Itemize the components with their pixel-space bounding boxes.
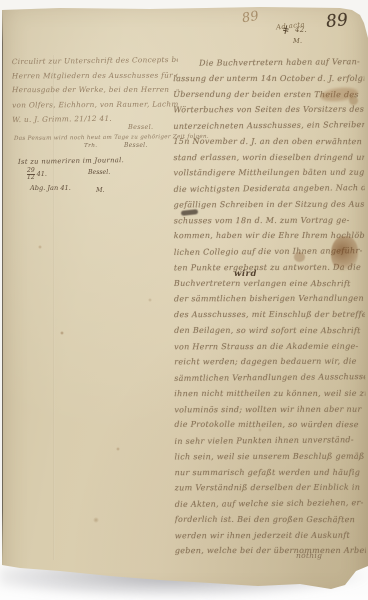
handwritten-line: gefälligen Schreiben in der Sitzung des …	[174, 196, 365, 212]
handwritten-line: Wörterbuches von Seiten des Vorsitzers d…	[173, 102, 364, 118]
handwritten-line: vollständigere Mittheilungen bäten und z…	[174, 165, 365, 181]
handwritten-line: stand erlassen, worin dieselben dringend…	[173, 149, 364, 165]
circulation-note: Circulirt zur Unterschrift des Concepts …	[12, 53, 179, 127]
handwritten-line: lassung der unterm 14n October d. J. erf…	[173, 71, 364, 87]
handwritten-line: werden wir ihnen jederzeit die Auskunft	[175, 527, 366, 543]
pensum-initials: Trh.	[84, 143, 97, 149]
registry-date-numerator: 29	[27, 167, 35, 174]
filing-initial: M.	[293, 37, 302, 45]
filing-cross-mark-icon: ǂ	[282, 23, 290, 38]
handwritten-line: 15n November d. J. an den oben erwähnten…	[173, 134, 364, 150]
handwritten-line: die wichtigsten Desiderata angeben. Nach…	[174, 180, 365, 198]
registry-note: Ist zu numeriren im Journal.	[18, 156, 124, 166]
handwritten-line: Herausgabe der Werke, bei den Herren	[12, 83, 178, 98]
folio-number-light: 89	[241, 9, 261, 27]
paper-crease	[53, 55, 55, 560]
handwritten-line: schusses vom 18n d. M. zum Vortrag ge-	[174, 212, 365, 228]
catchword: nöthig	[296, 551, 322, 560]
dispatch-initial: M.	[96, 186, 105, 194]
handwritten-line: ihnen nicht mittheilen zu können, weil s…	[174, 386, 365, 402]
scanned-document-view: 89 Ad acta ǂ 42. M. 89 Circulirt zur Unt…	[0, 0, 368, 600]
signature-bessel-1: Bessel.	[128, 123, 153, 131]
handwritten-line: lich sein, weil sie unserem Beschluß gem…	[174, 448, 365, 464]
handwritten-line: reicht werden; dagegen bedauern wir, die	[174, 354, 365, 370]
binding-gutter-edge	[0, 10, 3, 566]
filing-number: 42.	[295, 26, 307, 34]
handwritten-line: nur summarisch gefaßt werden und häufig	[175, 464, 366, 480]
handwritten-line: in sehr vielen Punkten ihnen unverständ-	[174, 432, 365, 450]
handwritten-line: von Herrn Strauss an die Akademie einge-	[174, 338, 365, 354]
registry-date: 29 12 41.	[27, 168, 47, 181]
registry-date-fraction: 29 12	[27, 168, 35, 181]
handwritten-line: forderlich ist. Bei den großen Geschäfte…	[175, 512, 366, 528]
registry-date-year: 41.	[37, 170, 47, 178]
handwritten-line: der sämmtlichen bisherigen Verhandlungen	[174, 291, 365, 307]
handwritten-line: voluminös sind; wollten wir ihnen aber n…	[174, 401, 365, 417]
pensum-note: Das Pensum wird noch heut am Tage zu geh…	[14, 134, 178, 142]
letter-body: Die Buchvertretern haben auf Veran-lassu…	[173, 55, 366, 560]
manuscript-page: 89 Ad acta ǂ 42. M. 89 Circulirt zur Unt…	[0, 0, 368, 600]
handwritten-line: Buchvertretern verlangen eine Abschrift	[174, 275, 365, 291]
handwritten-line: die Akten, auf welche sie sich beziehen,…	[175, 495, 366, 513]
handwritten-line: des Ausschusses, mit Einschluß der betre…	[174, 307, 365, 323]
foxing-stain-dot	[349, 96, 358, 105]
handwritten-line: Circulirt zur Unterschrift des Concepts …	[12, 53, 178, 70]
handwritten-line: sämmtlichen Verhandlungen des Ausschusse…	[174, 369, 365, 387]
handwritten-line: Herren Mitgliedern des Ausschusses für d…	[12, 68, 178, 83]
folio-number-dark: 89	[325, 10, 349, 32]
signature-bessel-2: Bessel.	[124, 142, 148, 149]
signature-bessel-3: Bessel.	[88, 169, 110, 176]
handwritten-line: unterzeichneten Ausschusses, ein Schreib…	[173, 117, 364, 135]
handwritten-line: den Beilagen, so wird sofort eine Abschr…	[174, 323, 365, 339]
foxing-stain-dot	[294, 252, 305, 262]
dispatch-note: Abg. Jan 41.	[30, 184, 71, 192]
handwritten-line: geben, welche bei der übernommenen Arbei…	[175, 543, 366, 559]
handwritten-line: Die Buchvertretern haben auf Veran-	[173, 54, 364, 72]
handwritten-line: die Protokolle mittheilen, so würden die…	[174, 417, 365, 433]
inserted-correction-word: wird	[234, 269, 257, 279]
registry-date-denominator: 12	[27, 174, 35, 181]
handwritten-line: zum Verständniß derselben der Einblick i…	[175, 480, 366, 496]
